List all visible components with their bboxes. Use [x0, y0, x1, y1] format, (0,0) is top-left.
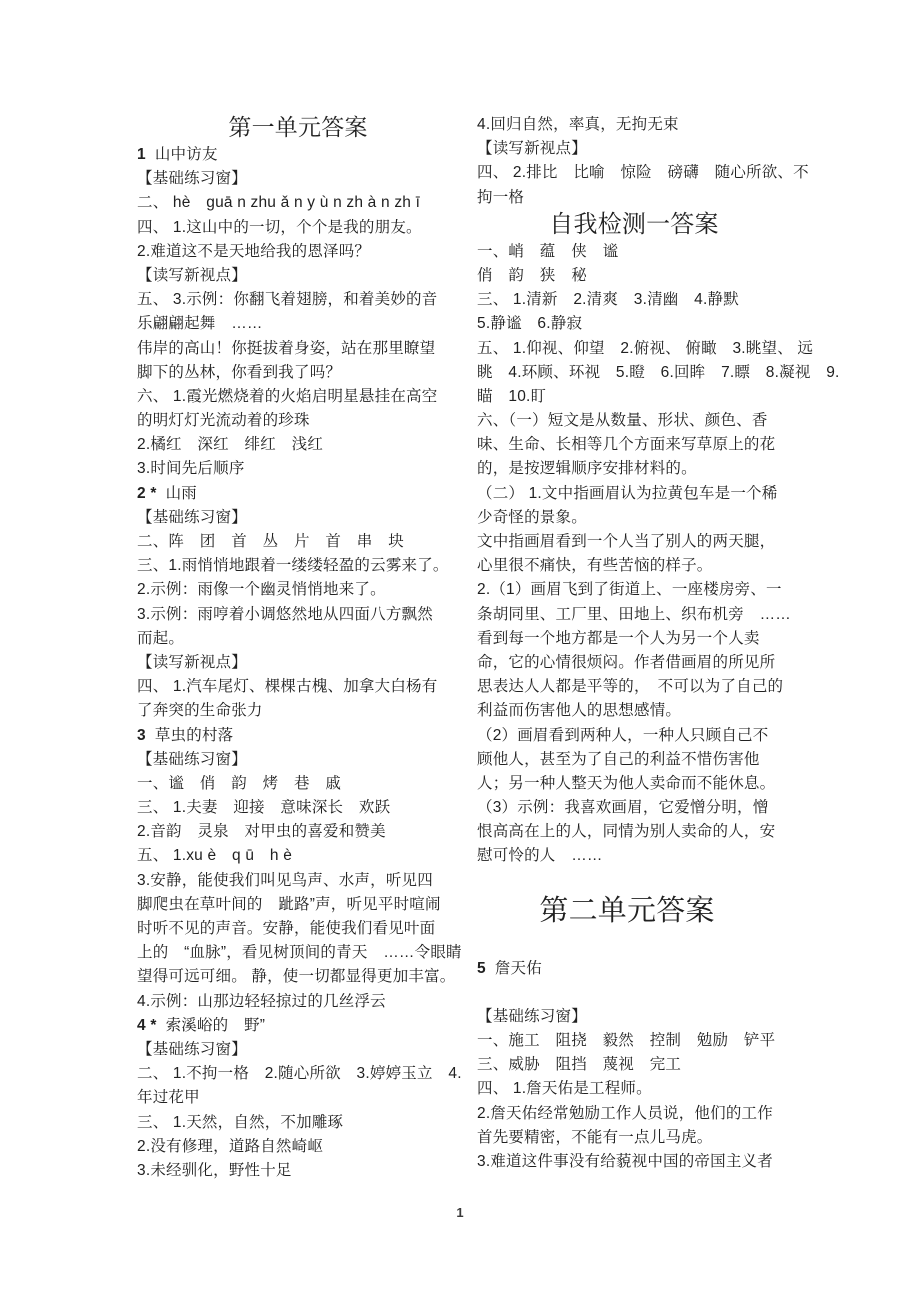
text-line: 了奔突的生命张力 [137, 699, 435, 723]
text-line: 望得可远可细。 静，使一切都显得更加丰富。 [137, 965, 435, 989]
text-line: 慰可怜的人 …… [477, 844, 777, 868]
text-line: 3.示例：雨哼着小调悠然地从四面八方飘然 [137, 603, 435, 627]
text-line: 人；另一种人整天为他人卖命而不能休息。 [477, 772, 777, 796]
text-line: 脚下的丛林，你看到我了吗？ [137, 361, 435, 385]
text-line: 俏 韵 狭 秘 [477, 264, 777, 288]
text-line: 年过花甲 [137, 1086, 435, 1110]
text-line: 六、（一）短文是从数量、形状、颜色、香 [477, 409, 777, 433]
text-line: 2.难道这不是天地给我的恩泽吗？ [137, 240, 435, 264]
text-line: （二） 1.文中指画眉认为拉黄包车是一个稀 [477, 482, 777, 506]
unit-title: 第二单元答案 [477, 891, 777, 931]
lesson-number: 2 * [137, 485, 157, 502]
text-line: 【基础练习窗】 [477, 1005, 777, 1029]
lesson-name: 索溪峪的 野” [157, 1017, 266, 1034]
lesson-title: 2 * 山雨 [137, 482, 435, 506]
spacer [477, 981, 777, 1005]
text-line: 心里很不痛快，有些苦恼的样子。 [477, 554, 777, 578]
text-line: 三、1.雨悄悄地跟着一缕缕轻盈的云雾来了。 [137, 554, 435, 578]
lesson-title: 3 草虫的村落 [137, 724, 435, 748]
lesson-title: 1 山中访友 [137, 143, 435, 167]
text-line: 三、 1.天然，自然，不加雕琢 [137, 1111, 435, 1135]
text-line: 【基础练习窗】 [137, 167, 435, 191]
text-line: 2.没有修理，道路自然崎岖 [137, 1135, 435, 1159]
text-line: 条胡同里、工厂里、田地上、织布机旁 …… [477, 603, 777, 627]
unit-title: 自我检测一答案 [477, 210, 777, 240]
text-line: 二、 hè guā n zhu ǎ n y ù n zh à n zh ī [137, 191, 435, 215]
lesson-title: 5 詹天佑 [477, 957, 777, 981]
lesson-name: 山雨 [157, 485, 197, 502]
text-line: 2.詹天佑经常勉励工作人员说，他们的工作 [477, 1102, 777, 1126]
text-line: 【基础练习窗】 [137, 1038, 435, 1062]
text-line: 五、 1.xu è q ū h è [137, 844, 435, 868]
text-line: 四、 2.排比 比喻 惊险 磅礴 随心所欲、不 [477, 161, 777, 185]
text-line: 瞄 10.盯 [477, 385, 777, 409]
text-line: 一、施工 阻挠 毅然 控制 勉励 铲平 [477, 1029, 777, 1053]
text-line: 而起。 [137, 627, 435, 651]
text-line: 乐翩翩起舞 …… [137, 312, 435, 336]
text-line: 4.示例：山那边轻轻掠过的几丝浮云 [137, 990, 435, 1014]
text-line: 2.音韵 灵泉 对甲虫的喜爱和赞美 [137, 820, 435, 844]
text-line: 思表达人人都是平等的， 不可以为了自己的 [477, 675, 777, 699]
text-line: 的，是按逻辑顺序安排材料的。 [477, 457, 777, 481]
text-line: 【读写新视点】 [477, 137, 777, 161]
text-line: 顾他人，甚至为了自己的利益不惜伤害他 [477, 748, 777, 772]
text-line: 三、 1.清新 2.清爽 3.清幽 4.静默 [477, 288, 777, 312]
text-line: 五、 1.仰视、仰望 2.俯视、 俯瞰 3.眺望、 远 [477, 337, 777, 361]
lesson-name: 草虫的村落 [146, 727, 234, 744]
text-line: 命，它的心情很烦闷。作者借画眉的所见所 [477, 651, 777, 675]
text-line: 二、 1.不拘一格 2.随心所欲 3.婷婷玉立 4. [137, 1062, 435, 1086]
text-line: 味、生命、长相等几个方面来写草原上的花 [477, 433, 777, 457]
text-line: 三、威胁 阻挡 蔑视 完工 [477, 1053, 777, 1077]
lesson-name: 詹天佑 [486, 960, 542, 977]
left-column: 第一单元答案1 山中访友【基础练习窗】二、 hè guā n zhu ǎ n y… [137, 113, 435, 1183]
page-number: 1 [446, 1205, 474, 1220]
spacer [477, 869, 777, 891]
text-line: 利益而伤害他人的思想感情。 [477, 699, 777, 723]
spacer [477, 931, 777, 957]
text-line: 少奇怪的景象。 [477, 506, 777, 530]
text-line: 首先要精密，不能有一点儿马虎。 [477, 1126, 777, 1150]
text-line: 3.未经驯化，野性十足 [137, 1159, 435, 1183]
text-line: 【基础练习窗】 [137, 506, 435, 530]
lesson-number: 3 [137, 727, 146, 744]
text-line: 2.（1）画眉飞到了街道上、一座楼房旁、一 [477, 578, 777, 602]
text-line: 拘一格 [477, 186, 777, 210]
text-line: 2.橘红 深红 绯红 浅红 [137, 433, 435, 457]
text-line: 恨高高在上的人，同情为别人卖命的人，安 [477, 820, 777, 844]
text-line: 上的 “血脉”，看见树顶间的青天 ……令眼睛 [137, 941, 435, 965]
text-line: 看到每一个地方都是一个人为另一个人卖 [477, 627, 777, 651]
text-line: 时听不见的声音。安静，能使我们看见叶面 [137, 917, 435, 941]
lesson-name: 山中访友 [146, 146, 218, 163]
text-line: 【读写新视点】 [137, 651, 435, 675]
text-line: 一、谧 俏 韵 烤 巷 戚 [137, 772, 435, 796]
lesson-number: 4 * [137, 1017, 157, 1034]
text-line: 四、 1.这山中的一切，个个是我的朋友。 [137, 216, 435, 240]
text-line: 文中指画眉看到一个人当了别人的两天腿， [477, 530, 777, 554]
text-line: 六、 1.霞光燃烧着的火焰启明星悬挂在高空 [137, 385, 435, 409]
text-line: 眺 4.环顾、环视 5.瞪 6.回眸 7.瞟 8.凝视 9. [477, 361, 777, 385]
text-line: 3.安静，能使我们叫见鸟声、水声，听见四 [137, 869, 435, 893]
text-line: 二、阵 团 首 丛 片 首 串 块 [137, 530, 435, 554]
text-line: 伟岸的高山！你挺拔着身姿，站在那里瞭望 [137, 337, 435, 361]
text-line: 脚爬虫在草叶间的 跐路”声，听见平时喧闹 [137, 893, 435, 917]
text-line: 【基础练习窗】 [137, 748, 435, 772]
text-line: （3）示例：我喜欢画眉，它爱憎分明，憎 [477, 796, 777, 820]
text-line: 2.示例：雨像一个幽灵悄悄地来了。 [137, 578, 435, 602]
text-line: 的明灯灯光流动着的珍珠 [137, 409, 435, 433]
unit-title: 第一单元答案 [137, 113, 435, 143]
text-line: 4.回归自然，率真，无拘无束 [477, 113, 777, 137]
right-column: 4.回归自然，率真，无拘无束【读写新视点】四、 2.排比 比喻 惊险 磅礴 随心… [477, 113, 777, 1174]
text-line: 一、峭 蕴 侠 谧 [477, 240, 777, 264]
document-page: 第一单元答案1 山中访友【基础练习窗】二、 hè guā n zhu ǎ n y… [0, 0, 920, 1303]
text-line: 【读写新视点】 [137, 264, 435, 288]
lesson-title: 4 * 索溪峪的 野” [137, 1014, 435, 1038]
text-line: 四、 1.詹天佑是工程师。 [477, 1077, 777, 1101]
text-line: （2）画眉看到两种人，一种人只顾自己不 [477, 724, 777, 748]
lesson-number: 1 [137, 146, 146, 163]
text-line: 四、 1.汽车尾灯、棵棵古槐、加拿大白杨有 [137, 675, 435, 699]
text-line: 3.难道这件事没有给藐视中国的帝国主义者 [477, 1150, 777, 1174]
lesson-number: 5 [477, 960, 486, 977]
text-line: 3.时间先后顺序 [137, 457, 435, 481]
text-line: 三、 1.夫妻 迎接 意味深长 欢跃 [137, 796, 435, 820]
text-line: 五、 3.示例：你翻飞着翅膀，和着美妙的音 [137, 288, 435, 312]
text-line: 5.静谧 6.静寂 [477, 312, 777, 336]
